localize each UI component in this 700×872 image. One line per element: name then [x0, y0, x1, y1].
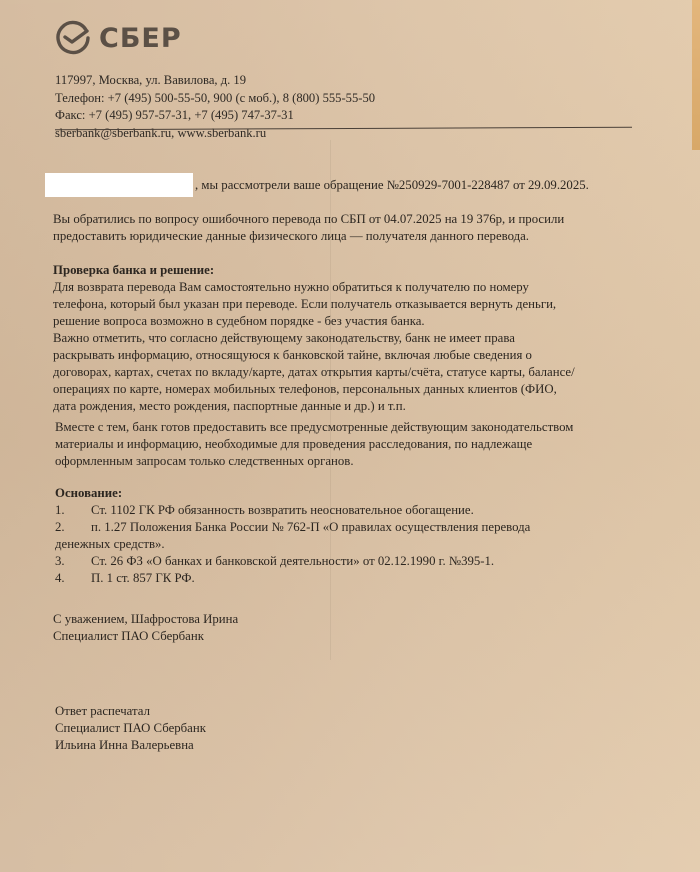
request-line: Вы обратились по вопросу ошибочного пере… [53, 211, 564, 229]
basis-item: 2.п. 1.27 Положения Банка России № 762-П… [55, 519, 530, 537]
check-line: Важно отметить, что согласно действующем… [53, 330, 515, 348]
fax-numbers: Факс: +7 (495) 957-57-31, +7 (495) 747-3… [55, 107, 375, 125]
basis-item-number: 3. [55, 553, 91, 571]
basis-item: 1.Ст. 1102 ГК РФ обязанность возвратить … [55, 502, 474, 520]
basis-item-text: п. 1.27 Положения Банка России № 762-П «… [91, 520, 530, 534]
brand-name: СБЕР [99, 23, 182, 54]
basis-item-number: 4. [55, 570, 91, 588]
sber-checkmark-logo-icon [55, 20, 91, 56]
materials-line: материалы и информацию, необходимые для … [55, 436, 532, 454]
basis-item-number: 1. [55, 502, 91, 520]
phone-numbers: Телефон: +7 (495) 500-55-50, 900 (с моб.… [55, 90, 375, 108]
request-line: предоставить юридические данные физическ… [53, 228, 529, 246]
background-surface [692, 0, 700, 150]
check-line: решение вопроса возможно в судебном поря… [53, 313, 425, 331]
check-line: договорах, картах, счетах по вкладу/карт… [53, 364, 575, 382]
printed-by-name: Ильина Инна Валерьевна [55, 737, 194, 755]
basis-item: 3.Ст. 26 ФЗ «О банках и банковской деяте… [55, 553, 494, 571]
basis-heading: Основание: [55, 485, 122, 503]
check-line: телефона, который был указан при перевод… [53, 296, 556, 314]
materials-line: Вместе с тем, банк готов предоставить вс… [55, 419, 573, 437]
letterhead-contacts: 117997, Москва, ул. Вавилова, д. 19 Теле… [55, 72, 375, 142]
basis-item-number: 2. [55, 519, 91, 537]
printed-by-label: Ответ распечатал [55, 703, 150, 721]
address: 117997, Москва, ул. Вавилова, д. 19 [55, 72, 375, 90]
opening-line: , мы рассмотрели ваше обращение №250929-… [195, 177, 589, 195]
check-line: дата рождения, место рождения, паспортны… [53, 398, 406, 416]
basis-item-text: Ст. 26 ФЗ «О банках и банковской деятель… [91, 554, 494, 568]
signature-title: Специалист ПАО Сбербанк [53, 628, 204, 646]
basis-item: 4.П. 1 ст. 857 ГК РФ. [55, 570, 195, 588]
letterhead-logo: СБЕР [55, 20, 182, 56]
printed-by-title: Специалист ПАО Сбербанк [55, 720, 206, 738]
basis-item-text: П. 1 ст. 857 ГК РФ. [91, 571, 195, 585]
check-heading: Проверка банка и решение: [53, 262, 214, 280]
check-line: операциях по карте, номерах мобильных те… [53, 381, 557, 399]
signature-line: С уважением, Шафростова Ирина [53, 611, 238, 629]
redacted-name [45, 173, 193, 197]
basis-item-continuation: денежных средств». [55, 536, 165, 554]
materials-line: оформленным запросам только следственных… [55, 453, 354, 471]
check-line: Для возврата перевода Вам самостоятельно… [53, 279, 529, 297]
basis-item-text: Ст. 1102 ГК РФ обязанность возвратить не… [91, 503, 474, 517]
check-line: раскрывать информацию, относящуюся к бан… [53, 347, 532, 365]
